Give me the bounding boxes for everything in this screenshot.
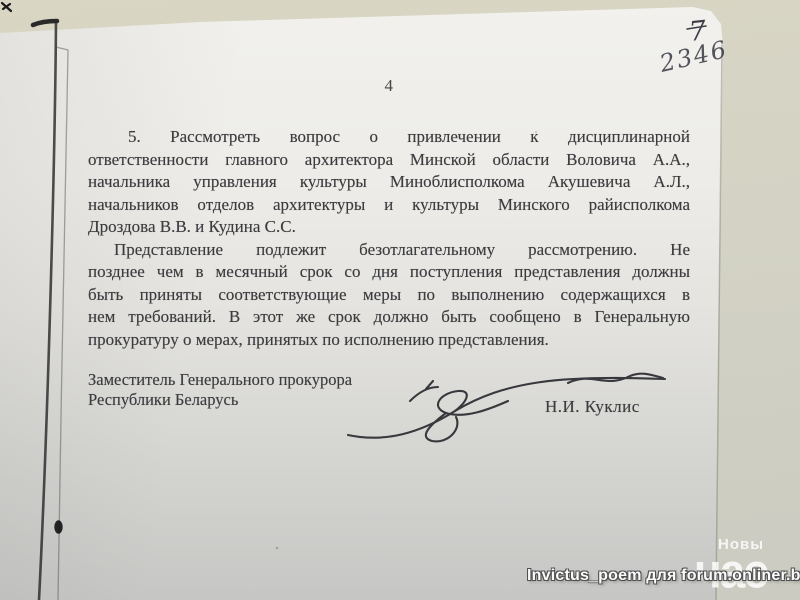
signoff-title-line1: Заместитель Генерального прокурора bbox=[88, 370, 352, 390]
paper-speck bbox=[276, 547, 279, 550]
copy-edge-line-faint bbox=[56, 47, 68, 600]
handwritten-marks: 7 2346 bbox=[650, 5, 800, 83]
handwritten-number: 2346 bbox=[656, 35, 731, 78]
page-number: 4 bbox=[88, 76, 690, 96]
paragraph1-line: 5. Рассмотреть вопрос о привлечении к ди… bbox=[88, 126, 690, 149]
paragraph2-line: нем требований. В этот же срок должно бы… bbox=[88, 306, 690, 329]
ink-blot bbox=[54, 520, 62, 534]
paragraph1-line: начальника управления культуры Миноблисп… bbox=[88, 171, 690, 194]
paragraph1-line: начальников отделов архитектуры и культу… bbox=[88, 194, 690, 217]
signoff-title-line2: Республики Беларусь bbox=[88, 390, 352, 410]
paragraph2-line: Представление подлежит безотлагательному… bbox=[88, 239, 690, 262]
corner-scribble-mark bbox=[2, 3, 11, 11]
paragraph1-line: ответственности главного архитектора Мин… bbox=[88, 149, 690, 172]
document-photo: 4 5. Рассмотреть вопрос о привлечении к … bbox=[0, 0, 800, 600]
paragraph2-line: прокуратуру о мерах, принятых по исполне… bbox=[88, 329, 690, 352]
signature-scribble bbox=[330, 363, 670, 445]
copy-edge-top-mark bbox=[33, 21, 57, 25]
paragraph1-line: Дроздова В.В. и Кудина С.С. bbox=[88, 216, 690, 239]
paragraph2-line: позднее чем в месячный срок со дня посту… bbox=[88, 261, 690, 284]
watermark-credit: Invictus_poem для forum.onliner.by bbox=[527, 567, 800, 585]
paragraph2-line: быть приняты соответствующие меры по вып… bbox=[88, 284, 690, 307]
signoff-title: Заместитель Генерального прокурора Респу… bbox=[88, 370, 352, 409]
paper-right-edge-shadow bbox=[716, 45, 722, 600]
document-body: 5. Рассмотреть вопрос о привлечении к ди… bbox=[88, 126, 690, 351]
copy-edge-line-dark bbox=[39, 21, 56, 600]
